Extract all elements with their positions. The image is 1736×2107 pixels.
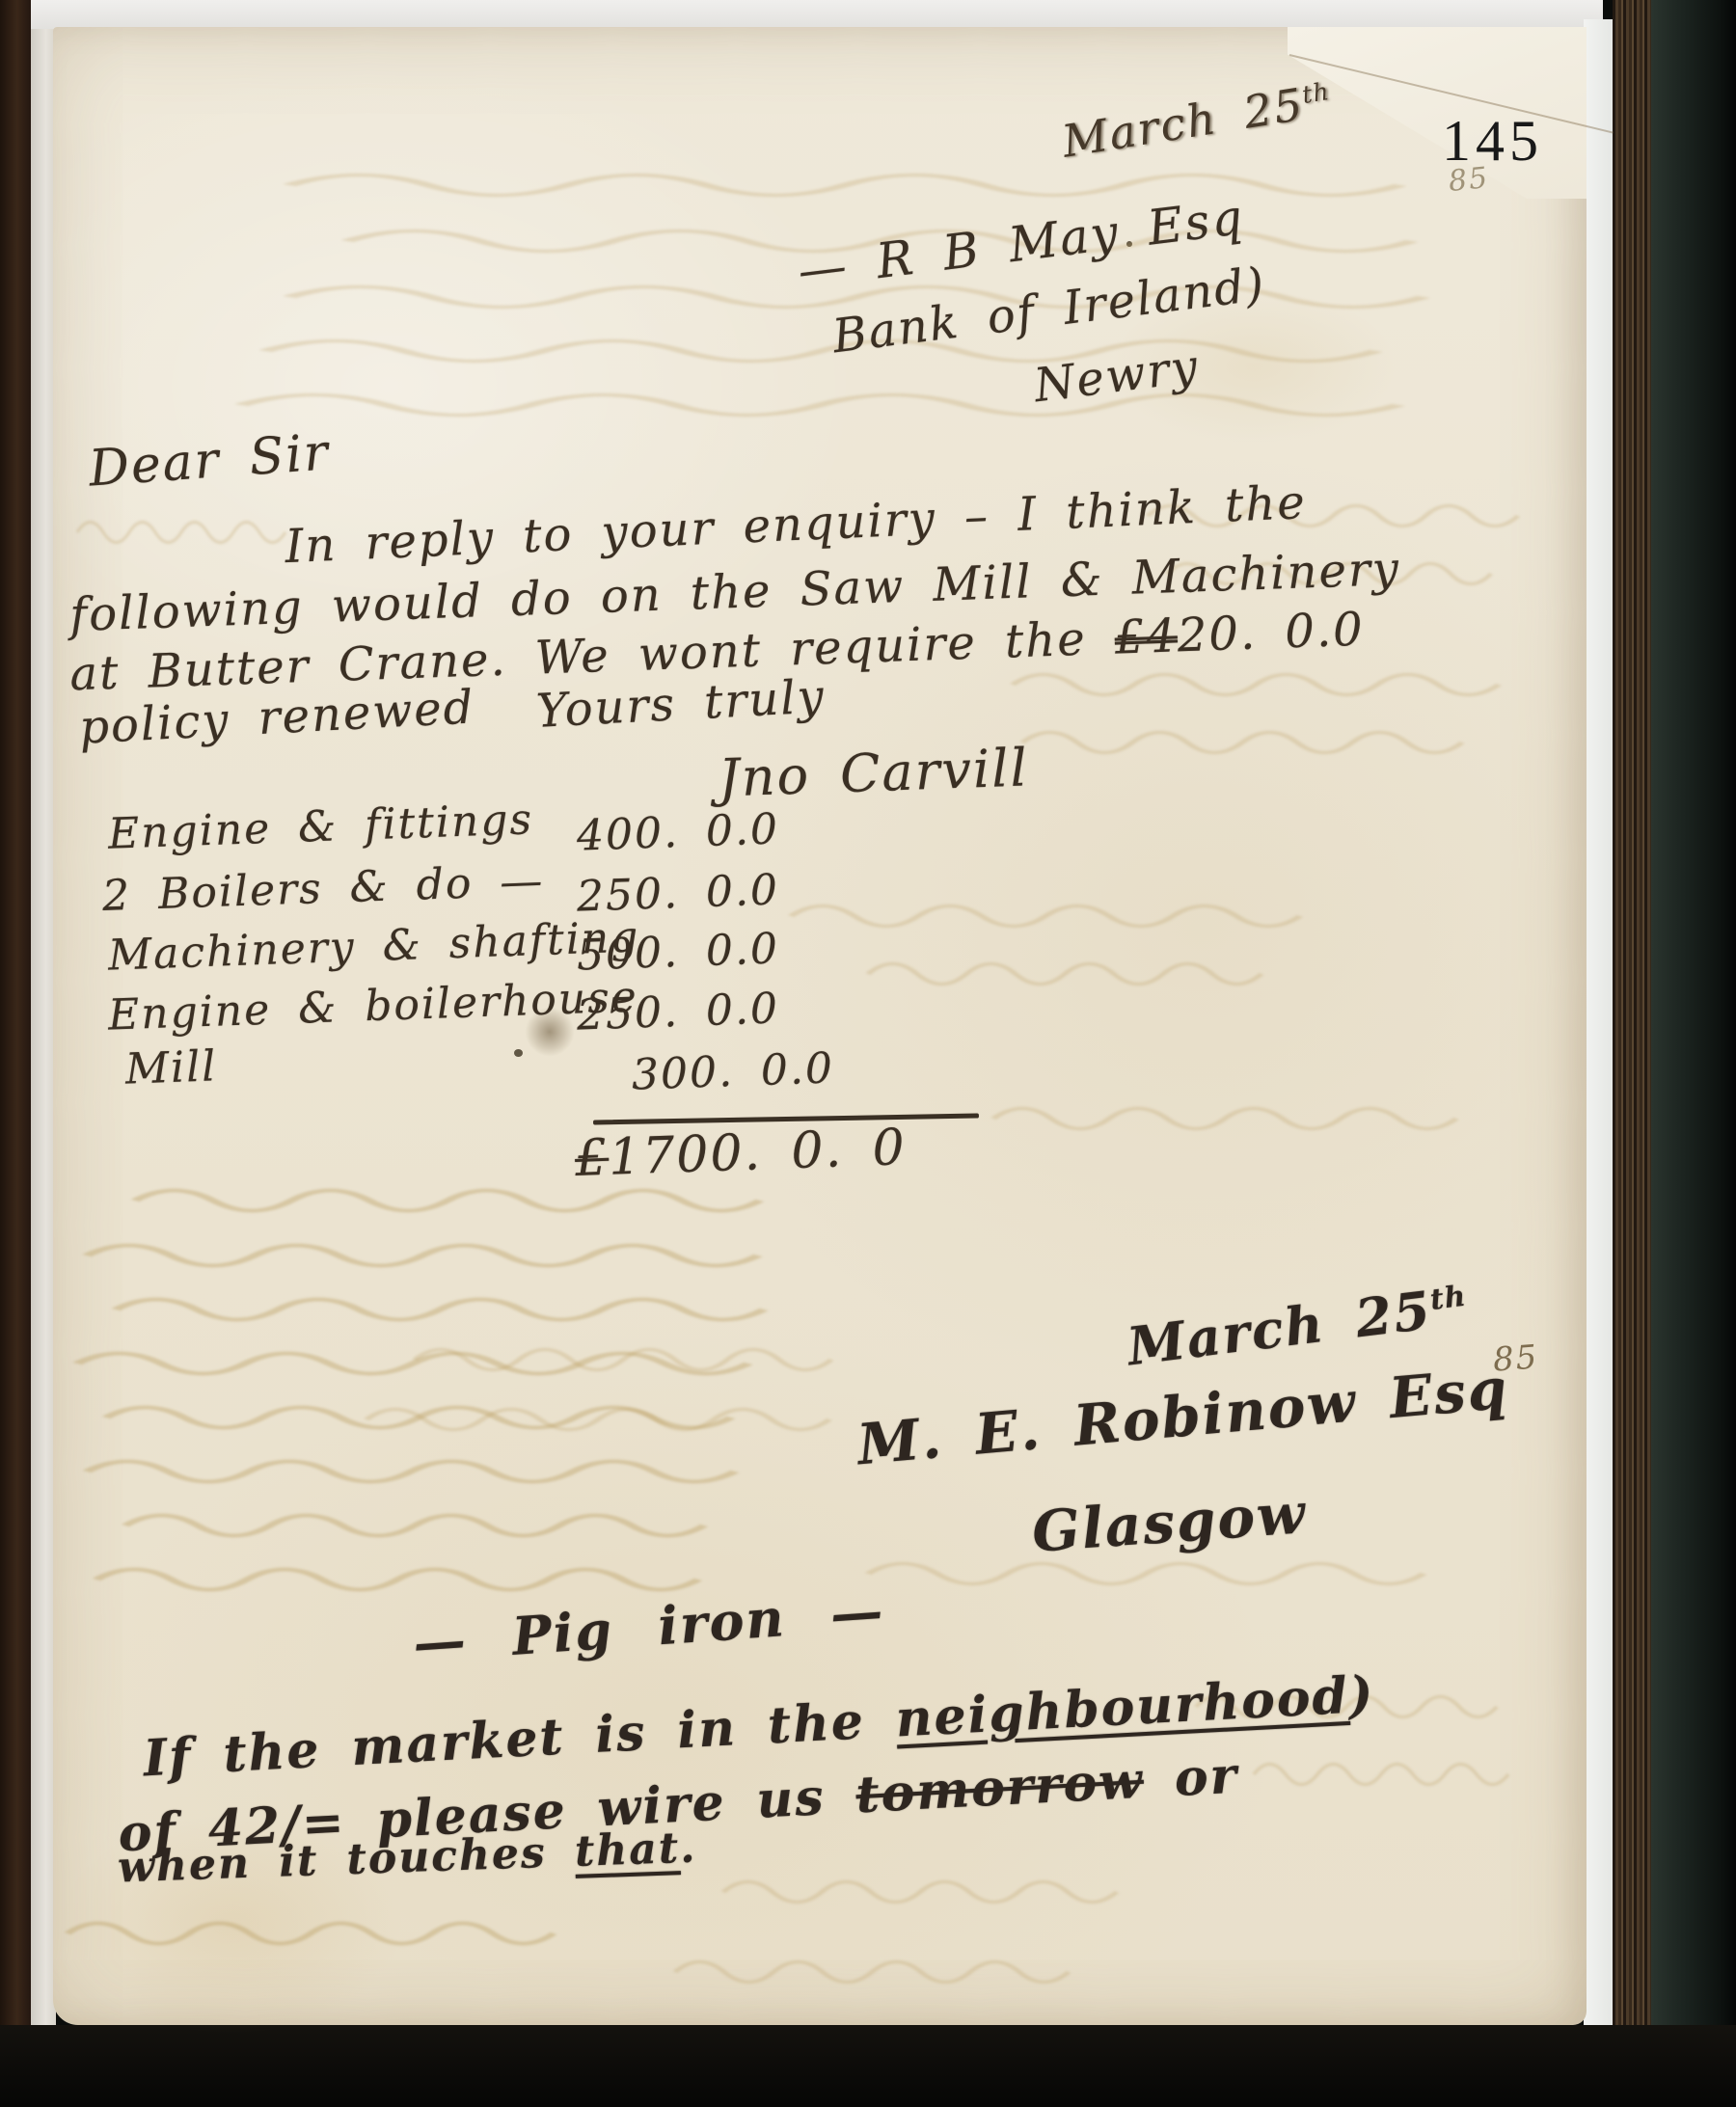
total-amount: 1700. 0. 0 xyxy=(608,1119,908,1187)
item-amount: 250. 0.0 xyxy=(576,987,779,1037)
letter1-date-suffix: th xyxy=(1300,77,1332,109)
item-amount: 250. 0.0 xyxy=(576,869,779,918)
letter1-body-line3-amount: 20. 0.0 xyxy=(1177,603,1366,663)
market-line1-flourish: ) xyxy=(1347,1665,1376,1725)
under-page-edge-right xyxy=(1584,19,1614,2064)
item-label: Mill xyxy=(124,1041,218,1094)
item-amount: 300. 0.0 xyxy=(631,1047,834,1096)
total-currency: £ xyxy=(574,1129,610,1188)
book-cover-right xyxy=(1651,0,1736,2107)
letter2-date-suffix: th xyxy=(1428,1280,1468,1317)
market-line3-end: . xyxy=(679,1823,697,1874)
market-line2-end: or xyxy=(1142,1746,1239,1810)
scanned-letterbook-page: 145 85 March 25th — R B May Esq Bank of … xyxy=(0,0,1736,2107)
under-page-edge-top xyxy=(31,0,1603,29)
schedule-row: Mill xyxy=(124,1045,218,1091)
page-edge-stack xyxy=(1613,0,1653,2107)
book-shadow-bottom xyxy=(0,2025,1736,2107)
ink-speck xyxy=(514,1049,523,1057)
letter1-signature: Jno Carvill xyxy=(718,742,1029,804)
book-spine-left xyxy=(0,0,31,2107)
underlined-word: that xyxy=(574,1823,681,1877)
item-amount: 500. 0.0 xyxy=(576,928,779,977)
schedule-total: £1700. 0. 0 xyxy=(574,1122,907,1184)
corner-note: 85 xyxy=(1448,164,1491,197)
item-amount: 400. 0.0 xyxy=(576,808,779,857)
letter1-valediction: Yours truly xyxy=(535,673,827,735)
struck-amount: £4 xyxy=(1114,608,1179,664)
